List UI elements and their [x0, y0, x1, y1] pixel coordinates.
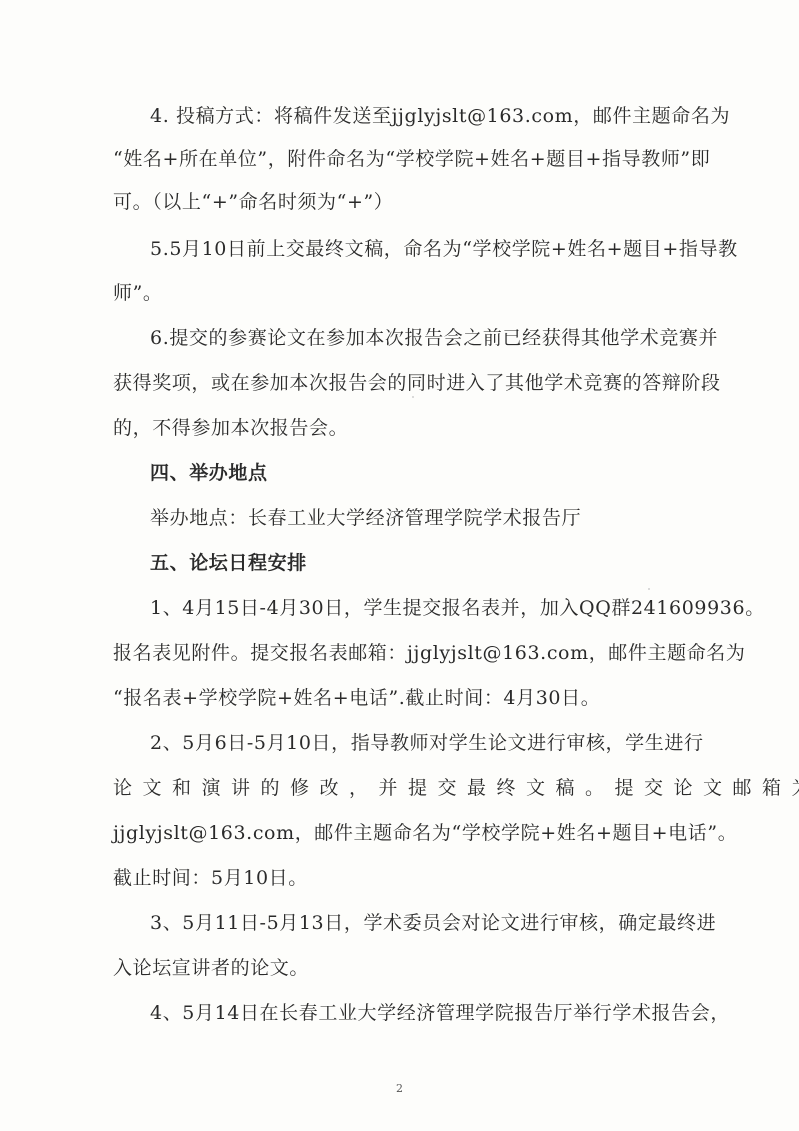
scan-speck: [648, 588, 650, 590]
schedule-item-1-line-2: 报名表见附件。提交报名表邮箱：jjglyjslt@163.com，邮件主题命名为: [113, 641, 703, 665]
schedule-item-1-line-3: “报名表+学校学院+姓名+电话”.截止时间：4月30日。: [113, 686, 703, 710]
schedule-item-4: 4、5月14日在长春工业大学经济管理学院报告厅举行学术报告会，: [150, 1001, 740, 1025]
schedule-item-2-line-2: 论文和演讲的修改，并提交最终文稿。提交论文邮箱为：: [113, 776, 703, 800]
section-heading-schedule: 五、论坛日程安排: [150, 551, 740, 575]
submission-method-line: 4. 投稿方式：将稿件发送至jjglyjslt@163.com，邮件主题命名为: [150, 104, 740, 128]
schedule-item-2: 2、5月6日-5月10日，指导教师对学生论文进行审核，学生进行: [150, 731, 740, 755]
page-number: 2: [396, 1082, 403, 1095]
scan-speck: [412, 396, 414, 398]
document-page: 4. 投稿方式：将稿件发送至jjglyjslt@163.com，邮件主题命名为 …: [0, 0, 799, 1131]
schedule-item-2-line-3: jjglyjslt@163.com，邮件主题命名为“学校学院+姓名+题目+电话”…: [113, 821, 703, 845]
submission-method-line-3: 可。（以上“+”命名时须为“+”）: [113, 190, 703, 214]
schedule-item-3-line-2: 入论坛宣讲者的论文。: [113, 956, 703, 980]
submission-method-line-2: “姓名+所在单位”，附件命名为“学校学院+姓名+题目+指导教师”即: [113, 147, 703, 171]
final-draft-line-2: 师”。: [113, 281, 703, 305]
schedule-item-1: 1、4月15日-4月30日，学生提交报名表并，加入QQ群241609936。: [150, 596, 740, 620]
eligibility-line-2: 获得奖项，或在参加本次报告会的同时进入了其他学术竞赛的答辩阶段: [113, 371, 703, 395]
eligibility-line-3: 的，不得参加本次报告会。: [113, 416, 703, 440]
eligibility-line: 6.提交的参赛论文在参加本次报告会之前已经获得其他学术竞赛并: [150, 326, 740, 350]
schedule-item-2-line-4: 截止时间：5月10日。: [113, 866, 703, 890]
scan-speck: [352, 1018, 354, 1020]
schedule-item-3: 3、5月11日-5月13日，学术委员会对论文进行审核，确定最终进: [150, 911, 740, 935]
section-heading-venue: 四、举办地点: [150, 461, 740, 485]
venue-line: 举办地点：长春工业大学经济管理学院学术报告厅: [150, 506, 740, 530]
final-draft-line: 5.5月10日前上交最终文稿，命名为“学校学院+姓名+题目+指导教: [150, 237, 740, 261]
